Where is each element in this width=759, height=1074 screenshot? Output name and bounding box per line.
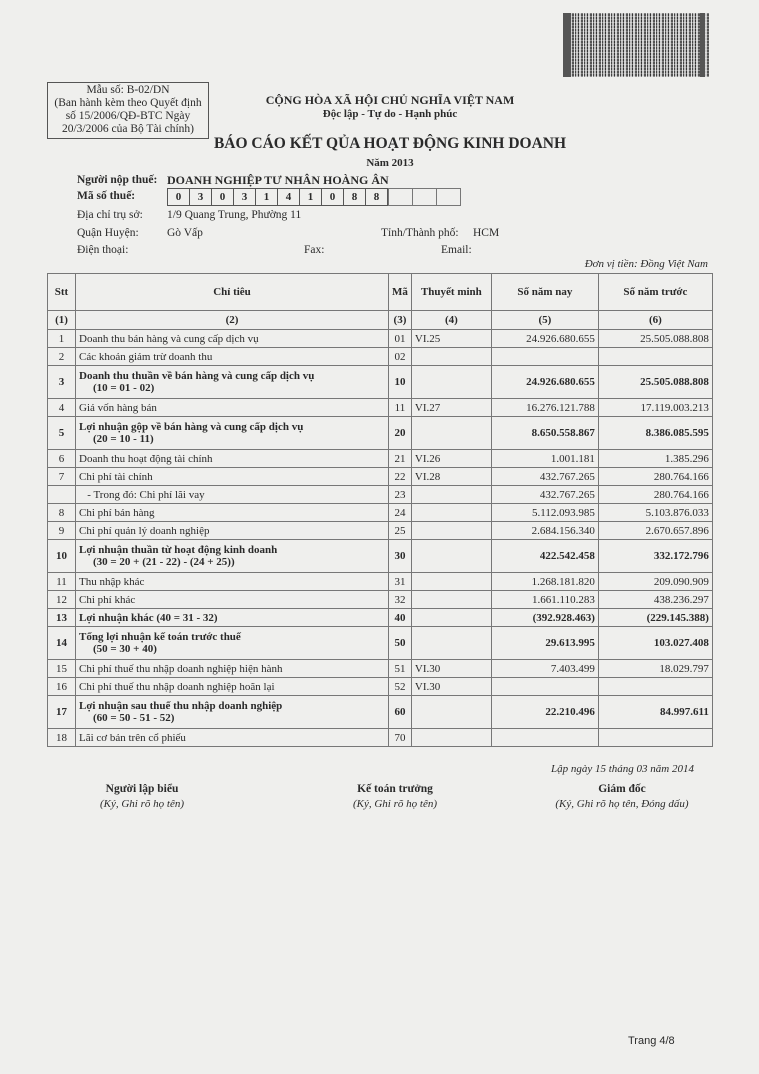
colnum-1: (1) bbox=[48, 311, 76, 330]
indicator-label: Chi phí thuế thu nhập doanh nghiệp hoãn … bbox=[79, 681, 275, 693]
cell-current-year: 432.767.265 bbox=[491, 468, 598, 486]
cell-current-year: 2.684.156.340 bbox=[491, 522, 598, 540]
cell-stt: 13 bbox=[48, 609, 76, 627]
indicator-formula: (30 = 20 + (21 - 22) - (24 + 25)) bbox=[79, 556, 385, 568]
table-row: 9Chi phí quản lý doanh nghiệp252.684.156… bbox=[48, 522, 713, 540]
cell-stt: 5 bbox=[48, 417, 76, 450]
cell-indicator: Chi phí quản lý doanh nghiệp bbox=[76, 522, 389, 540]
cell-previous-year: 5.103.876.033 bbox=[598, 504, 712, 522]
cell-stt: 2 bbox=[48, 348, 76, 366]
cell-stt: 10 bbox=[48, 540, 76, 573]
cell-current-year bbox=[491, 678, 598, 696]
table-row: 5Lợi nhuận gộp về bán hàng và cung cấp d… bbox=[48, 417, 713, 450]
cell-code: 50 bbox=[389, 627, 412, 660]
cell-stt: 18 bbox=[48, 729, 76, 747]
cell-code: 52 bbox=[389, 678, 412, 696]
cell-note bbox=[411, 504, 491, 522]
cell-code: 24 bbox=[389, 504, 412, 522]
tax-code-boxes: 0303141088 bbox=[167, 188, 388, 206]
cell-stt: 4 bbox=[48, 399, 76, 417]
cell-current-year: 22.210.496 bbox=[491, 696, 598, 729]
director-title: Giám đốc bbox=[522, 783, 722, 795]
table-row: 16Chi phí thuế thu nhập doanh nghiệp hoã… bbox=[48, 678, 713, 696]
cell-current-year: 24.926.680.655 bbox=[491, 330, 598, 348]
cell-code: 20 bbox=[389, 417, 412, 450]
cell-current-year: 24.926.680.655 bbox=[491, 366, 598, 399]
preparer-title: Người lập biểu bbox=[42, 783, 242, 795]
tax-code-digit: 1 bbox=[256, 189, 278, 205]
cell-indicator: - Trong đó: Chi phí lãi vay bbox=[76, 486, 389, 504]
colnum-5: (5) bbox=[491, 311, 598, 330]
cell-indicator: Lợi nhuận khác (40 = 31 - 32) bbox=[76, 609, 389, 627]
table-row: 14Tổng lợi nhuận kế toán trước thuế(50 =… bbox=[48, 627, 713, 660]
indicator-label: Lãi cơ bản trên cổ phiếu bbox=[79, 732, 186, 744]
cell-code: 40 bbox=[389, 609, 412, 627]
cell-previous-year bbox=[598, 729, 712, 747]
cell-note: VI.30 bbox=[411, 678, 491, 696]
indicator-label: Chi phí quản lý doanh nghiệp bbox=[79, 525, 209, 537]
cell-previous-year: 280.764.166 bbox=[598, 486, 712, 504]
cell-note bbox=[411, 573, 491, 591]
tax-code-digit: 0 bbox=[212, 189, 234, 205]
header-code: Mã bbox=[389, 274, 412, 311]
table-row: 11Thu nhập khác311.268.181.820209.090.90… bbox=[48, 573, 713, 591]
cell-current-year: 1.001.181 bbox=[491, 450, 598, 468]
cell-code: 32 bbox=[389, 591, 412, 609]
preparer-instruction: (Ký, Ghi rõ họ tên) bbox=[42, 798, 242, 810]
barcode-edge-left bbox=[563, 13, 571, 77]
cell-previous-year: (229.145.388) bbox=[598, 609, 712, 627]
barcode bbox=[563, 13, 709, 77]
cell-previous-year: 8.386.085.595 bbox=[598, 417, 712, 450]
email-label: Email: bbox=[441, 244, 472, 256]
fax-label: Fax: bbox=[304, 244, 324, 256]
cell-note: VI.28 bbox=[411, 468, 491, 486]
cell-code: 60 bbox=[389, 696, 412, 729]
indicator-label: Lợi nhuận sau thuế thu nhập doanh nghiệp bbox=[79, 700, 282, 712]
cell-current-year: 8.650.558.867 bbox=[491, 417, 598, 450]
cell-code: 70 bbox=[389, 729, 412, 747]
motto: Độc lập - Tự do - Hạnh phúc bbox=[200, 108, 580, 120]
cell-previous-year: 18.029.797 bbox=[598, 660, 712, 678]
cell-current-year: 422.542.458 bbox=[491, 540, 598, 573]
cell-previous-year bbox=[598, 348, 712, 366]
colnum-2: (2) bbox=[76, 311, 389, 330]
cell-previous-year bbox=[598, 678, 712, 696]
cell-note bbox=[411, 366, 491, 399]
table-row: 4Giá vốn hàng bán11VI.2716.276.121.78817… bbox=[48, 399, 713, 417]
indicator-label: Doanh thu thuần về bán hàng và cung cấp … bbox=[79, 370, 314, 382]
cell-current-year: 7.403.499 bbox=[491, 660, 598, 678]
cell-previous-year: 84.997.611 bbox=[598, 696, 712, 729]
cell-previous-year: 25.505.088.808 bbox=[598, 330, 712, 348]
tax-code-digit: 8 bbox=[344, 189, 366, 205]
table-row: 7Chi phí tài chính22VI.28432.767.265280.… bbox=[48, 468, 713, 486]
form-box-line: Mẫu số: B-02/DN bbox=[48, 84, 208, 97]
tax-code-digit: 0 bbox=[168, 189, 190, 205]
cell-previous-year: 2.670.657.896 bbox=[598, 522, 712, 540]
colnum-6: (6) bbox=[598, 311, 712, 330]
cell-stt: 6 bbox=[48, 450, 76, 468]
accountant-title: Kế toán trưởng bbox=[295, 783, 495, 795]
cell-current-year: 1.661.110.283 bbox=[491, 591, 598, 609]
district-label: Quận Huyện: bbox=[77, 227, 139, 239]
table-row: 8Chi phí bán hàng245.112.093.9855.103.87… bbox=[48, 504, 713, 522]
cell-code: 21 bbox=[389, 450, 412, 468]
column-number-row: (1) (2) (3) (4) (5) (6) bbox=[48, 311, 713, 330]
report-title: BÁO CÁO KẾT QỦA HOẠT ĐỘNG KINH DOANH bbox=[180, 135, 600, 153]
income-statement-table: Stt Chỉ tiêu Mã Thuyết minh Số năm nay S… bbox=[47, 273, 713, 747]
cell-code: 10 bbox=[389, 366, 412, 399]
cell-current-year: 5.112.093.985 bbox=[491, 504, 598, 522]
indicator-label: Lợi nhuận khác (40 = 31 - 32) bbox=[79, 612, 218, 624]
address-label: Địa chỉ trụ sở: bbox=[77, 209, 143, 221]
table-row: 18Lãi cơ bản trên cổ phiếu70 bbox=[48, 729, 713, 747]
indicator-formula: (20 = 10 - 11) bbox=[79, 433, 385, 445]
tax-code-digit: 3 bbox=[190, 189, 212, 205]
tax-code-digit: 4 bbox=[278, 189, 300, 205]
indicator-label: Doanh thu bán hàng và cung cấp dịch vụ bbox=[79, 333, 259, 345]
cell-code: 51 bbox=[389, 660, 412, 678]
cell-previous-year: 332.172.796 bbox=[598, 540, 712, 573]
cell-indicator: Tổng lợi nhuận kế toán trước thuế(50 = 3… bbox=[76, 627, 389, 660]
signature-director: Giám đốc (Ký, Ghi rõ họ tên, Đóng dấu) bbox=[522, 783, 722, 810]
indicator-formula: (10 = 01 - 02) bbox=[79, 382, 385, 394]
colnum-3: (3) bbox=[389, 311, 412, 330]
table-row: 2Các khoản giảm trừ doanh thu02 bbox=[48, 348, 713, 366]
cell-stt: 8 bbox=[48, 504, 76, 522]
page-number: Trang 4/8 bbox=[628, 1035, 675, 1047]
cell-note bbox=[411, 540, 491, 573]
tax-code-label: Mã số thuế: bbox=[77, 190, 135, 202]
cell-current-year: 1.268.181.820 bbox=[491, 573, 598, 591]
cell-note bbox=[411, 486, 491, 504]
indicator-label: Thu nhập khác bbox=[79, 576, 144, 588]
report-date: Lập ngày 15 tháng 03 năm 2014 bbox=[520, 763, 725, 775]
cell-stt bbox=[48, 486, 76, 504]
cell-indicator: Lãi cơ bản trên cổ phiếu bbox=[76, 729, 389, 747]
cell-indicator: Doanh thu thuần về bán hàng và cung cấp … bbox=[76, 366, 389, 399]
indicator-label: Doanh thu hoạt động tài chính bbox=[79, 453, 213, 465]
signature-preparer: Người lập biểu (Ký, Ghi rõ họ tên) bbox=[42, 783, 242, 810]
cell-previous-year: 280.764.166 bbox=[598, 468, 712, 486]
cell-note bbox=[411, 729, 491, 747]
cell-indicator: Thu nhập khác bbox=[76, 573, 389, 591]
header-note: Thuyết minh bbox=[411, 274, 491, 311]
cell-code: 11 bbox=[389, 399, 412, 417]
cell-stt: 12 bbox=[48, 591, 76, 609]
indicator-label: Các khoản giảm trừ doanh thu bbox=[79, 351, 212, 363]
cell-note bbox=[411, 609, 491, 627]
taxpayer-label: Người nộp thuế: bbox=[77, 174, 157, 186]
indicator-label: Lợi nhuận thuần từ hoạt động kinh doanh bbox=[79, 544, 277, 556]
cell-stt: 1 bbox=[48, 330, 76, 348]
cell-stt: 11 bbox=[48, 573, 76, 591]
table-row: 10Lợi nhuận thuần từ hoạt động kinh doan… bbox=[48, 540, 713, 573]
header-stt: Stt bbox=[48, 274, 76, 311]
indicator-label: Chi phí khác bbox=[79, 594, 135, 606]
tax-code-extra-boxes bbox=[388, 188, 461, 206]
header-previous-year: Số năm trước bbox=[598, 274, 712, 311]
cell-note: VI.25 bbox=[411, 330, 491, 348]
cell-current-year: 29.613.995 bbox=[491, 627, 598, 660]
republic-heading: CỘNG HÒA XÃ HỘI CHỦ NGHĨA VIỆT NAM bbox=[200, 93, 580, 108]
cell-previous-year: 438.236.297 bbox=[598, 591, 712, 609]
form-box-line: số 15/2006/QĐ-BTC Ngày bbox=[48, 110, 208, 123]
cell-code: 22 bbox=[389, 468, 412, 486]
cell-indicator: Doanh thu bán hàng và cung cấp dịch vụ bbox=[76, 330, 389, 348]
indicator-label: - Trong đó: Chi phí lãi vay bbox=[79, 489, 205, 501]
cell-stt: 3 bbox=[48, 366, 76, 399]
indicator-label: Chi phí thuế thu nhập doanh nghiệp hiện … bbox=[79, 663, 282, 675]
accountant-instruction: (Ký, Ghi rõ họ tên) bbox=[295, 798, 495, 810]
cell-indicator: Chi phí bán hàng bbox=[76, 504, 389, 522]
tax-code-digit: 3 bbox=[234, 189, 256, 205]
cell-stt: 17 bbox=[48, 696, 76, 729]
cell-note bbox=[411, 627, 491, 660]
form-box-line: (Ban hành kèm theo Quyết định bbox=[48, 97, 208, 110]
phone-label: Điện thoại: bbox=[77, 244, 128, 256]
table-row: 15Chi phí thuế thu nhập doanh nghiệp hiệ… bbox=[48, 660, 713, 678]
cell-code: 30 bbox=[389, 540, 412, 573]
cell-current-year bbox=[491, 348, 598, 366]
address-value: 1/9 Quang Trung, Phường 11 bbox=[167, 209, 301, 221]
cell-stt: 15 bbox=[48, 660, 76, 678]
cell-stt: 16 bbox=[48, 678, 76, 696]
cell-indicator: Doanh thu hoạt động tài chính bbox=[76, 450, 389, 468]
currency-unit: Đơn vị tiền: Đồng Việt Nam bbox=[480, 258, 708, 270]
cell-note bbox=[411, 417, 491, 450]
table-row: - Trong đó: Chi phí lãi vay23432.767.265… bbox=[48, 486, 713, 504]
cell-current-year: (392.928.463) bbox=[491, 609, 598, 627]
tax-code-empty-box bbox=[389, 189, 413, 205]
cell-note bbox=[411, 696, 491, 729]
cell-stt: 9 bbox=[48, 522, 76, 540]
signature-accountant: Kế toán trưởng (Ký, Ghi rõ họ tên) bbox=[295, 783, 495, 810]
taxpayer-name: DOANH NGHIỆP TƯ NHÂN HOÀNG ÂN bbox=[167, 173, 389, 188]
cell-indicator: Giá vốn hàng bán bbox=[76, 399, 389, 417]
tax-code-digit: 1 bbox=[300, 189, 322, 205]
indicator-label: Chi phí tài chính bbox=[79, 471, 153, 483]
cell-indicator: Chi phí thuế thu nhập doanh nghiệp hoãn … bbox=[76, 678, 389, 696]
cell-note: VI.30 bbox=[411, 660, 491, 678]
cell-stt: 14 bbox=[48, 627, 76, 660]
tax-code-digit: 8 bbox=[366, 189, 387, 205]
cell-previous-year: 103.027.408 bbox=[598, 627, 712, 660]
director-instruction: (Ký, Ghi rõ họ tên, Đóng dấu) bbox=[522, 798, 722, 810]
cell-indicator: Lợi nhuận thuần từ hoạt động kinh doanh(… bbox=[76, 540, 389, 573]
cell-code: 23 bbox=[389, 486, 412, 504]
table-header-row: Stt Chỉ tiêu Mã Thuyết minh Số năm nay S… bbox=[48, 274, 713, 311]
cell-stt: 7 bbox=[48, 468, 76, 486]
header-indicator: Chỉ tiêu bbox=[76, 274, 389, 311]
colnum-4: (4) bbox=[411, 311, 491, 330]
cell-previous-year: 209.090.909 bbox=[598, 573, 712, 591]
tax-code-empty-box bbox=[413, 189, 437, 205]
province-value: HCM bbox=[473, 227, 499, 239]
indicator-formula: (60 = 50 - 51 - 52) bbox=[79, 712, 385, 724]
cell-note: VI.27 bbox=[411, 399, 491, 417]
table-row: 1Doanh thu bán hàng và cung cấp dịch vụ0… bbox=[48, 330, 713, 348]
cell-note bbox=[411, 591, 491, 609]
cell-current-year bbox=[491, 729, 598, 747]
cell-indicator: Lợi nhuận gộp về bán hàng và cung cấp dị… bbox=[76, 417, 389, 450]
report-year: Năm 2013 bbox=[200, 157, 580, 169]
indicator-label: Tổng lợi nhuận kế toán trước thuế bbox=[79, 631, 241, 643]
tax-code-digit: 0 bbox=[322, 189, 344, 205]
cell-code: 25 bbox=[389, 522, 412, 540]
cell-current-year: 16.276.121.788 bbox=[491, 399, 598, 417]
cell-note: VI.26 bbox=[411, 450, 491, 468]
cell-indicator: Chi phí khác bbox=[76, 591, 389, 609]
cell-note bbox=[411, 348, 491, 366]
indicator-label: Chi phí bán hàng bbox=[79, 507, 154, 519]
header-current-year: Số năm nay bbox=[491, 274, 598, 311]
cell-code: 01 bbox=[389, 330, 412, 348]
cell-previous-year: 25.505.088.808 bbox=[598, 366, 712, 399]
cell-previous-year: 1.385.296 bbox=[598, 450, 712, 468]
cell-indicator: Lợi nhuận sau thuế thu nhập doanh nghiệp… bbox=[76, 696, 389, 729]
cell-note bbox=[411, 522, 491, 540]
table-row: 13Lợi nhuận khác (40 = 31 - 32)40(392.92… bbox=[48, 609, 713, 627]
cell-current-year: 432.767.265 bbox=[491, 486, 598, 504]
indicator-formula: (50 = 30 + 40) bbox=[79, 643, 385, 655]
district-value: Gò Vấp bbox=[167, 227, 203, 239]
cell-code: 02 bbox=[389, 348, 412, 366]
table-row: 6Doanh thu hoạt động tài chính21VI.261.0… bbox=[48, 450, 713, 468]
table-row: 12Chi phí khác321.661.110.283438.236.297 bbox=[48, 591, 713, 609]
cell-indicator: Các khoản giảm trừ doanh thu bbox=[76, 348, 389, 366]
form-number-box: Mẫu số: B-02/DN (Ban hành kèm theo Quyết… bbox=[47, 82, 209, 139]
indicator-label: Lợi nhuận gộp về bán hàng và cung cấp dị… bbox=[79, 421, 303, 433]
cell-indicator: Chi phí thuế thu nhập doanh nghiệp hiện … bbox=[76, 660, 389, 678]
cell-indicator: Chi phí tài chính bbox=[76, 468, 389, 486]
cell-previous-year: 17.119.003.213 bbox=[598, 399, 712, 417]
table-row: 3Doanh thu thuần về bán hàng và cung cấp… bbox=[48, 366, 713, 399]
tax-code-empty-box bbox=[437, 189, 460, 205]
barcode-edge-right bbox=[700, 13, 705, 77]
province-label: Tỉnh/Thành phố: bbox=[381, 227, 459, 239]
indicator-label: Giá vốn hàng bán bbox=[79, 402, 157, 414]
table-row: 17Lợi nhuận sau thuế thu nhập doanh nghi… bbox=[48, 696, 713, 729]
cell-code: 31 bbox=[389, 573, 412, 591]
